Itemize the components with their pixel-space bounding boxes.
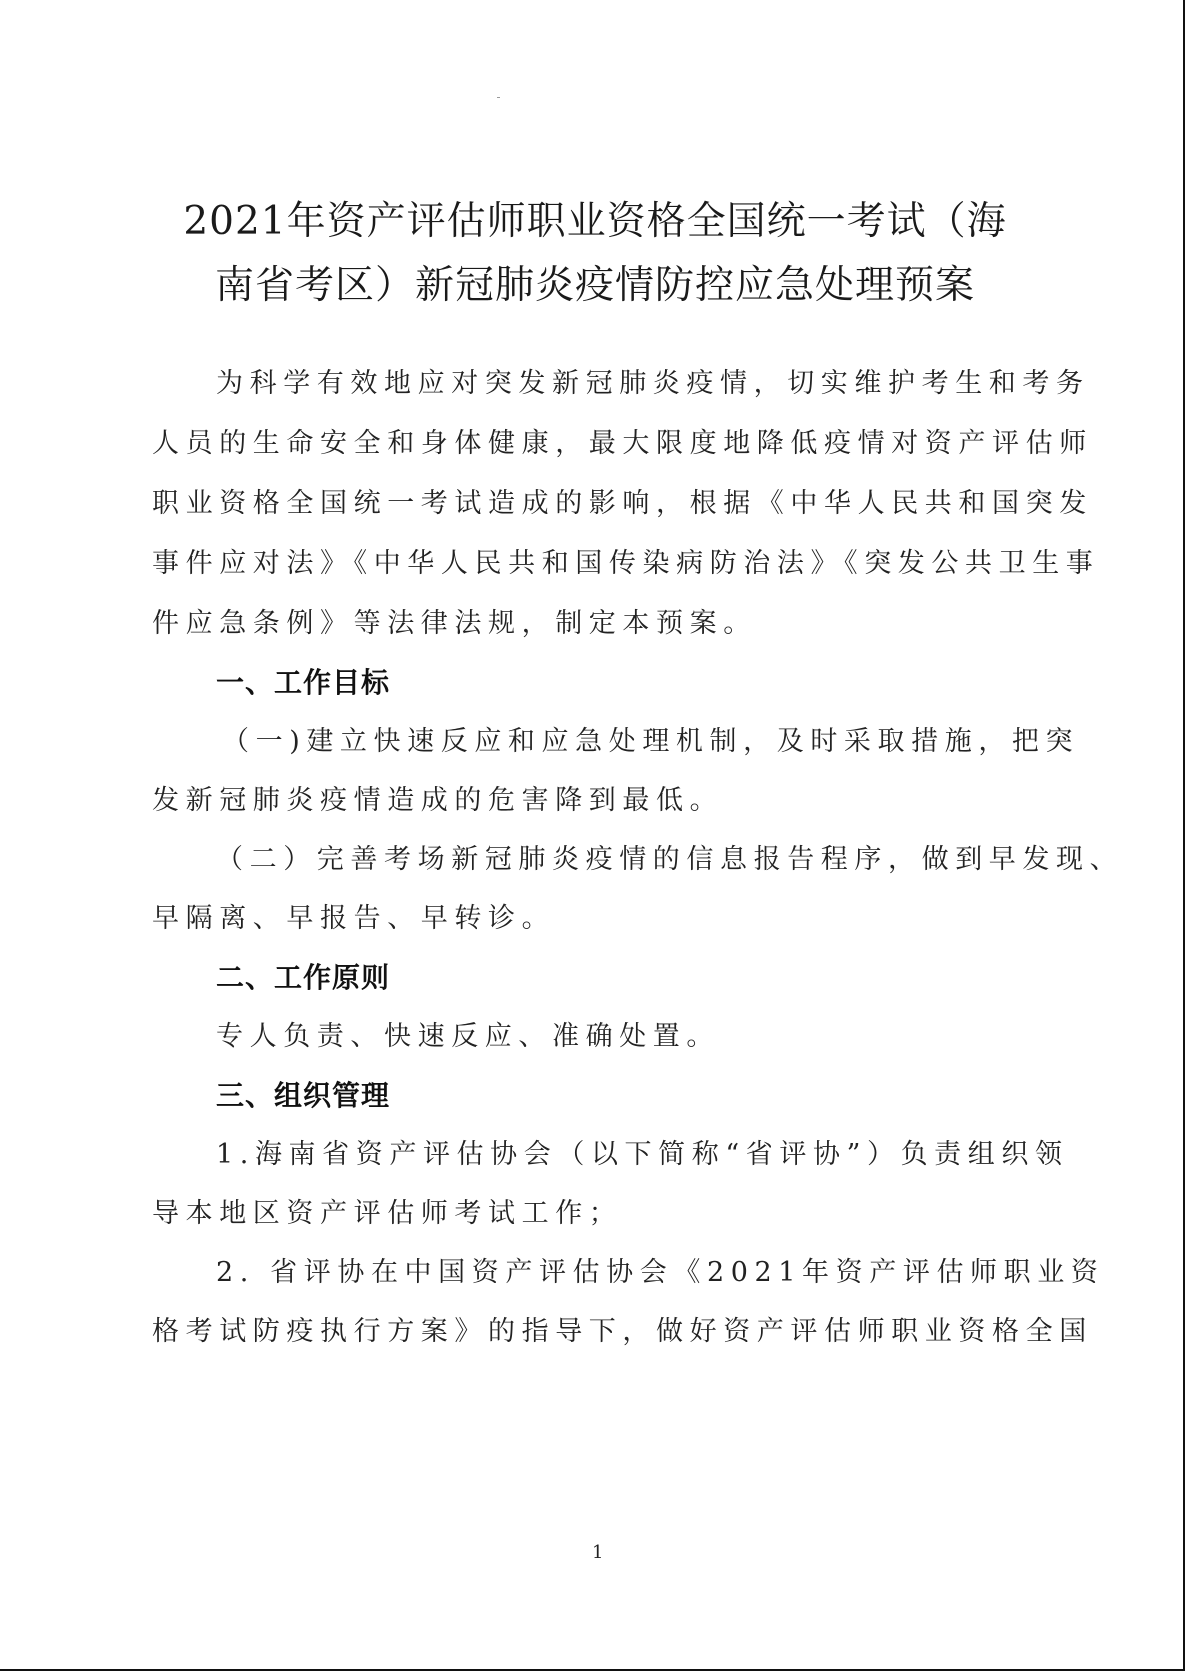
title-line-1: 2021年资产评估师职业资格全国统一考试（海 [140, 190, 1050, 254]
intro-line-4: 事件应对法》《中华人民共和国传染病防治法》《突发公共卫生事 [152, 544, 1044, 584]
intro-line-1: 为科学有效地应对突发新冠肺炎疫情，切实维护考生和考务 [216, 364, 1044, 404]
section-heading-work-goals: 一、工作目标 [216, 663, 390, 703]
section-1-line-3: （二）完善考场新冠肺炎疫情的信息报告程序，做到早发现、 [216, 840, 1044, 880]
intro-line-2: 人员的生命安全和身体健康，最大限度地降低疫情对资产评估师 [152, 424, 1044, 464]
section-heading-work-principles: 二、工作原则 [216, 958, 390, 998]
section-1-line-2: 发新冠肺炎疫情造成的危害降到最低。 [152, 781, 1044, 821]
section-1-line-1: （一)建立快速反应和应急处理机制，及时采取措施，把突 [222, 722, 1050, 762]
page-number: 1 [592, 1542, 603, 1563]
intro-line-3: 职业资格全国统一考试造成的影响，根据《中华人民共和国突发 [152, 484, 1044, 524]
section-2-line-1: 专人负责、快速反应、准确处置。 [216, 1017, 1044, 1057]
document-title: 2021年资产评估师职业资格全国统一考试（海 南省考区）新冠肺炎疫情防控应急处理… [140, 190, 1050, 318]
title-line-2: 南省考区）新冠肺炎疫情防控应急处理预案 [140, 254, 1050, 318]
intro-line-5: 件应急条例》等法律法规，制定本预案。 [152, 604, 1044, 644]
section-heading-organization: 三、组织管理 [216, 1076, 390, 1116]
section-1-line-4: 早隔离、早报告、早转诊。 [152, 899, 1044, 939]
section-3-line-1: 1.海南省资产评估协会（以下简称“省评协”）负责组织领 [216, 1135, 1044, 1175]
scan-speck [497, 97, 500, 98]
section-3-line-4: 格考试防疫执行方案》的指导下，做好资产评估师职业资格全国 [152, 1312, 1044, 1352]
section-3-line-2: 导本地区资产评估师考试工作； [152, 1194, 1044, 1234]
section-3-line-3: 2. 省评协在中国资产评估协会《2021年资产评估师职业资 [216, 1253, 1044, 1293]
